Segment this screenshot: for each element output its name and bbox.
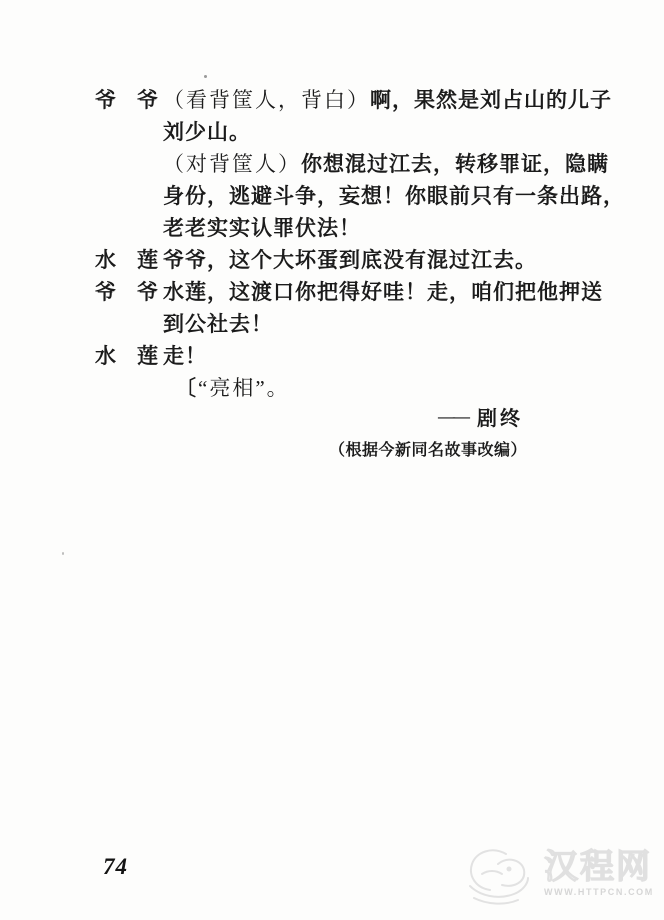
dialogue-block: 爷 爷（看背筐人，背白）啊，果然是刘占山的儿子 刘少山。 （对背筐人）你想混过江…	[95, 84, 635, 404]
speech-text: 水莲，这渡口你把得好哇！走，咱们把他押送	[163, 280, 603, 304]
watermark-url: WWW.HTTPCN.COM	[544, 887, 654, 897]
page-number: 74	[103, 854, 128, 880]
stage-direction: （对背筐人）	[163, 152, 301, 176]
speaker-name: 爷 爷	[95, 276, 158, 308]
watermark-text: 汉程网 WWW.HTTPCN.COM	[544, 840, 654, 897]
attribution-note: （根据今新同名故事改编）	[329, 437, 527, 460]
dialogue-line: 爷 爷（看背筐人，背白）啊，果然是刘占山的儿子	[95, 84, 635, 116]
speaker-name: 水 莲	[95, 340, 158, 372]
script-page: 爷 爷（看背筐人，背白）啊，果然是刘占山的儿子 刘少山。 （对背筐人）你想混过江…	[0, 0, 664, 920]
stage-bracket: 〔	[175, 376, 196, 400]
stage-direction-line: 〔“亮相”。	[95, 372, 635, 404]
speech-text: 身份，逃避斗争，妄想！你眼前只有一条出路，	[163, 184, 625, 208]
speech-text: 你想混过江去，转移罪证，隐瞒	[301, 152, 609, 176]
phoenix-swirl-logo-icon	[462, 840, 544, 912]
dialogue-line: 爷 爷水莲，这渡口你把得好哇！走，咱们把他押送	[95, 276, 635, 308]
stage-note: “亮相”。	[198, 376, 290, 400]
speech-text: 啊，果然是刘占山的儿子	[370, 88, 612, 112]
speech-text: 刘少山。	[163, 120, 251, 144]
speech-text: 到公社去！	[163, 312, 273, 336]
stage-direction: （看背筐人，背白）	[163, 88, 370, 112]
dialogue-line: （对背筐人）你想混过江去，转移罪证，隐瞒	[95, 148, 635, 180]
dialogue-line: 老老实实认罪伏法！	[95, 212, 635, 244]
dialogue-line: 身份，逃避斗争，妄想！你眼前只有一条出路，	[95, 180, 635, 212]
speaker-name: 水 莲	[95, 244, 158, 276]
end-marker: ——剧终	[438, 402, 523, 431]
scan-artifact-dot	[204, 75, 207, 78]
speaker-name: 爷 爷	[95, 84, 158, 116]
scan-artifact-dot	[62, 552, 64, 555]
dialogue-line: 水 莲走！	[95, 340, 635, 372]
dialogue-line: 刘少山。	[95, 116, 635, 148]
speech-text: 爷爷，这个大坏蛋到底没有混过江去。	[163, 248, 537, 272]
watermark: 汉程网 WWW.HTTPCN.COM	[462, 840, 662, 916]
speech-text: 老老实实认罪伏法！	[163, 216, 361, 240]
end-label: 剧终	[477, 408, 523, 430]
end-dash: ——	[438, 407, 468, 426]
dialogue-line: 到公社去！	[95, 308, 635, 340]
watermark-site-name: 汉程网	[544, 848, 654, 886]
speech-text: 走！	[163, 344, 207, 368]
dialogue-line: 水 莲爷爷，这个大坏蛋到底没有混过江去。	[95, 244, 635, 276]
